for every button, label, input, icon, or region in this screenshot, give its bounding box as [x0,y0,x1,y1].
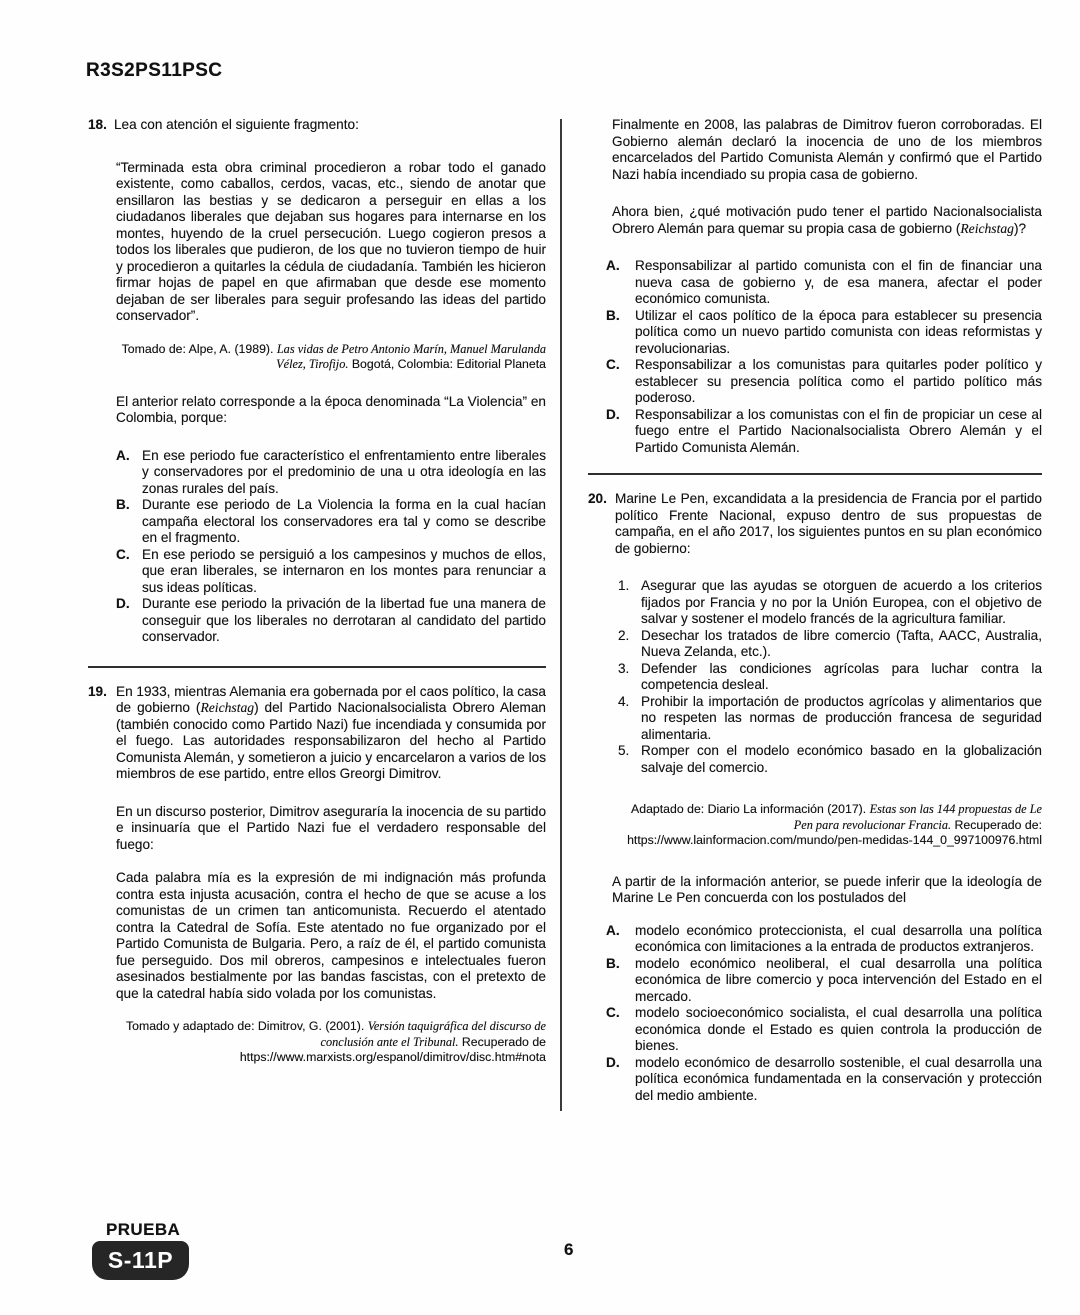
point-2: 2. Desechar los tratados de libre comerc… [624,628,1042,661]
option-20-c: C. modelo socioeconómico socialista, el … [606,1005,1042,1055]
question-18-quote: “Terminada esta obra criminal procediero… [116,160,546,325]
point-4: 4. Prohibir la importación de productos … [624,694,1042,744]
q19-prompt-part2: )? [1014,221,1026,236]
point-1: 1. Asegurar que las ayudas se otorguen d… [624,578,1042,628]
point-text: Defender las condiciones agrícolas para … [641,661,1042,693]
option-18-a: A. En ese periodo fue característico el … [116,448,546,498]
separator-line-left [88,666,546,668]
question-20-stem: A partir de la información anterior, se … [612,874,1042,907]
q20-intro-text: Marine Le Pen, excandidata a la presiden… [615,491,1042,556]
scanned-exam-page: R3S2PS11PSC 18. Lea con atención el sigu… [0,0,1080,1315]
option-19-a: A. Responsabilizar al partido comunista … [606,258,1042,308]
question-19: 19.En 1933, mientras Alemania era gobern… [88,684,546,1066]
question-19-para2: En un discurso posterior, Dimitrov asegu… [116,804,546,854]
question-19-cont-para: Finalmente en 2008, las palabras de Dimi… [612,117,1042,183]
point-3: 3. Defender las condiciones agrícolas pa… [624,661,1042,694]
question-19-citation: Tomado y adaptado de: Dimitrov, G. (2001… [116,1019,546,1066]
option-letter: B. [116,497,130,514]
option-text: Durante ese periodo de La Violencia la f… [142,497,546,545]
question-20-number: 20. [588,491,607,508]
separator-line-right [588,473,1042,475]
option-letter: C. [606,1005,620,1022]
question-18-citation: Tomado de: Alpe, A. (1989). Las vidas de… [116,342,546,373]
question-20: 20.Marine Le Pen, excandidata a la presi… [588,491,1042,1104]
option-18-d: D. Durante ese periodo la privación de l… [116,596,546,646]
option-letter: B. [606,956,620,973]
point-text: Prohibir la importación de productos agr… [641,694,1042,742]
option-letter: D. [606,407,620,424]
question-19-options: A. Responsabilizar al partido comunista … [606,258,1042,456]
point-5: 5. Romper con el modelo económico basado… [624,743,1042,776]
option-20-d: D. modelo económico de desarrollo sosten… [606,1055,1042,1105]
page-number: 6 [564,1240,573,1260]
option-19-b: B. Utilizar el caos político de la época… [606,308,1042,358]
option-letter: D. [116,596,130,613]
option-letter: B. [606,308,620,325]
citation-19-prefix: Tomado y adaptado de: Dimitrov, G. (2001… [126,1019,368,1033]
question-18-stem: El anterior relato corresponde a la époc… [116,394,546,427]
column-divider [560,119,562,1111]
question-20-intro: 20.Marine Le Pen, excandidata a la presi… [588,491,1042,557]
question-19-number: 19. [88,684,107,701]
option-letter: C. [116,547,130,564]
q19-prompt-reichstag: Reichstag [960,221,1014,236]
prueba-label: PRUEBA [106,1220,180,1240]
point-text: Asegurar que las ayudas se otorguen de a… [641,578,1042,626]
point-number: 1. [618,578,629,595]
test-code-badge: S-11P [92,1241,189,1280]
point-number: 3. [618,661,629,678]
option-letter: C. [606,357,620,374]
point-text: Romper con el modelo económico basado en… [641,743,1042,775]
citation-20-prefix: Adaptado de: Diario La información (2017… [631,802,870,816]
option-18-c: C. En ese periodo se persiguió a los cam… [116,547,546,597]
q19-intro-reichstag: Reichstag [200,700,254,715]
question-18: 18. Lea con atención el siguiente fragme… [88,117,546,646]
option-20-b: B. modelo económico neoliberal, el cual … [606,956,1042,1006]
point-number: 5. [618,743,629,760]
form-code: R3S2PS11PSC [86,60,222,82]
question-20-points: 1. Asegurar que las ayudas se otorguen d… [624,578,1042,776]
question-19-prompt: Ahora bien, ¿qué motivación pudo tener e… [612,204,1042,237]
question-19-continuation: Finalmente en 2008, las palabras de Dimi… [588,117,1042,456]
option-20-a: A. modelo económico proteccionista, el c… [606,923,1042,956]
question-18-number: 18. [88,117,107,134]
option-text: Utilizar el caos político de la época pa… [635,308,1042,356]
right-column: Finalmente en 2008, las palabras de Dimi… [588,117,1042,1104]
option-text: modelo socioeconómico socialista, el cua… [635,1005,1042,1053]
option-letter: A. [606,258,620,275]
option-text: En ese periodo fue característico el enf… [142,448,546,496]
point-text: Desechar los tratados de libre comercio … [641,628,1042,660]
option-text: Responsabilizar a los comunistas para qu… [635,357,1042,405]
citation-18-prefix: Tomado de: Alpe, A. (1989). [122,342,277,356]
option-text: Responsabilizar al partido comunista con… [635,258,1042,306]
option-text: modelo económico de desarrollo sostenibl… [635,1055,1042,1103]
option-letter: A. [606,923,620,940]
question-19-quote: Cada palabra mía es la expresión de mi i… [116,870,546,1002]
option-text: Durante ese periodo la privación de la l… [142,596,546,644]
question-20-citation: Adaptado de: Diario La información (2017… [612,802,1042,849]
option-text: Responsabilizar a los comunistas con el … [635,407,1042,455]
question-18-options: A. En ese periodo fue característico el … [116,448,546,646]
question-18-lead-text: Lea con atención el siguiente fragmento: [114,117,359,132]
citation-18-suffix: Bogotá, Colombia: Editorial Planeta [348,357,546,371]
option-text: En ese periodo se persiguió a los campes… [142,547,546,595]
question-20-options: A. modelo económico proteccionista, el c… [606,923,1042,1105]
point-number: 4. [618,694,629,711]
option-19-d: D. Responsabilizar a los comunistas con … [606,407,1042,457]
option-19-c: C. Responsabilizar a los comunistas para… [606,357,1042,407]
question-19-intro: 19.En 1933, mientras Alemania era gobern… [88,684,546,783]
point-number: 2. [618,628,629,645]
option-18-b: B. Durante ese periodo de La Violencia l… [116,497,546,547]
left-column: 18. Lea con atención el siguiente fragme… [88,117,546,1066]
question-18-lead: 18. Lea con atención el siguiente fragme… [88,117,546,134]
option-letter: A. [116,448,130,465]
option-text: modelo económico proteccionista, el cual… [635,923,1042,955]
option-letter: D. [606,1055,620,1072]
option-text: modelo económico neoliberal, el cual des… [635,956,1042,1004]
